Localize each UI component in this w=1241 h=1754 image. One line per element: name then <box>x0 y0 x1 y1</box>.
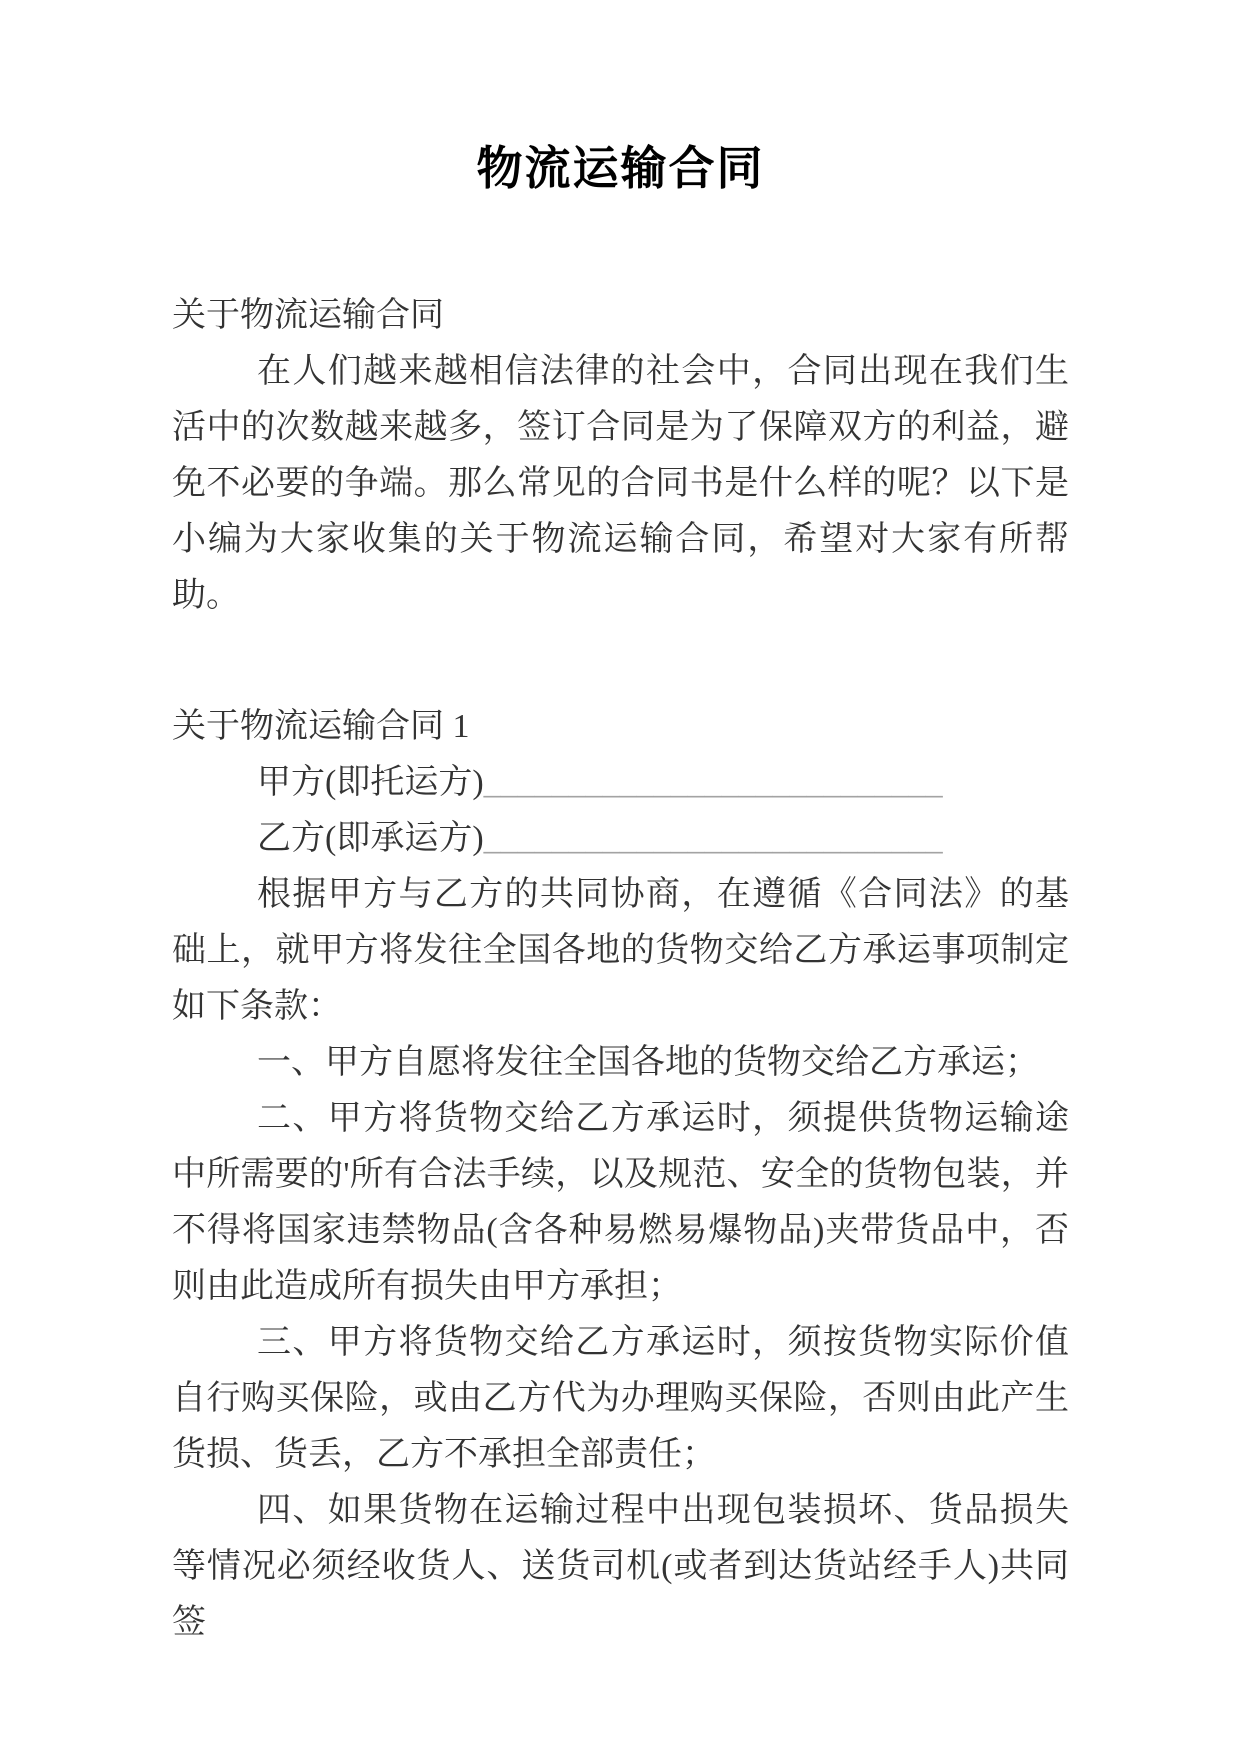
party-b-label: 乙方(即承运方) <box>257 820 484 857</box>
clause-1: 一、甲方自愿将发往全国各地的货物交给乙方承运； <box>172 1035 1069 1091</box>
intro-paragraph: 在人们越来越相信法律的社会中，合同出现在我们生活中的次数越来越多，签订合同是为了… <box>172 344 1069 624</box>
party-a-line: 甲方(即托运方)___________________________ <box>172 755 1069 811</box>
clause-2: 二、甲方将货物交给乙方承运时，须提供货物运输途中所需要的'所有合法手续，以及规范… <box>172 1091 1069 1315</box>
document-body: 关于物流运输合同 在人们越来越相信法律的社会中，合同出现在我们生活中的次数越来越… <box>172 288 1069 1651</box>
document-page: 物流运输合同 关于物流运输合同 在人们越来越相信法律的社会中，合同出现在我们生活… <box>0 0 1241 1754</box>
intro-heading: 关于物流运输合同 <box>172 288 1069 344</box>
clauses-preamble: 根据甲方与乙方的共同协商，在遵循《合同法》的基础上，就甲方将发往全国各地的货物交… <box>172 867 1069 1035</box>
blank-line-spacer <box>172 624 1069 699</box>
clause-4-truncated: 四、如果货物在运输过程中出现包装损坏、货品损失等情况必须经收货人、送货司机(或者… <box>172 1483 1069 1651</box>
party-a-blank-field: ___________________________ <box>484 764 943 801</box>
document-title: 物流运输合同 <box>0 140 1241 196</box>
clause-3: 三、甲方将货物交给乙方承运时，须按货物实际价值自行购买保险，或由乙方代为办理购买… <box>172 1315 1069 1483</box>
party-b-blank-field: ___________________________ <box>484 820 943 857</box>
party-b-line: 乙方(即承运方)___________________________ <box>172 811 1069 867</box>
section-heading: 关于物流运输合同 1 <box>172 699 1069 755</box>
party-a-label: 甲方(即托运方) <box>257 764 484 801</box>
